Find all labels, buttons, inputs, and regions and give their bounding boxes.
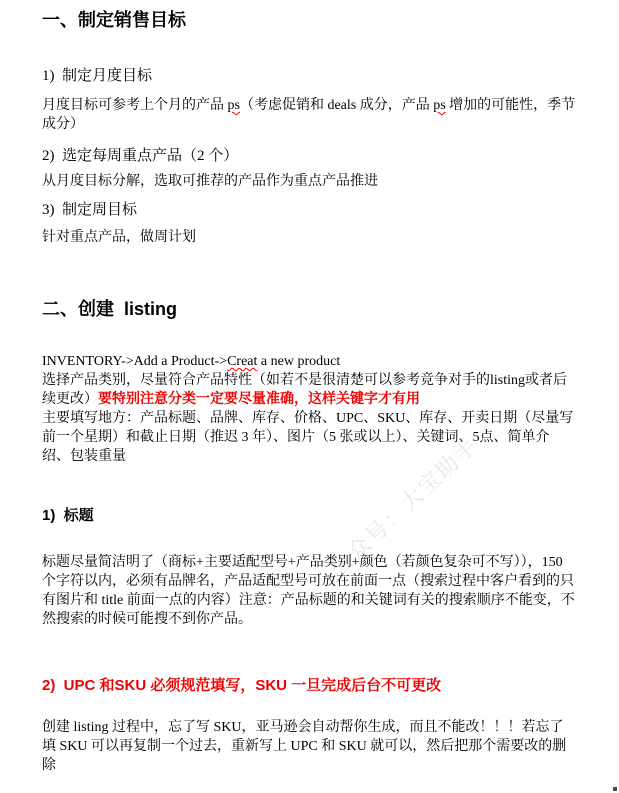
subheading-weekly-target: 3) 制定周目标	[42, 200, 137, 220]
subheading-monthly-target: 1) 制定月度目标	[42, 66, 152, 86]
heading-create-listing: 二、创建 listing	[42, 298, 177, 320]
paragraph-listing-steps: INVENTORY->Add a Product->Creat a new pr…	[42, 352, 577, 466]
paragraph-product-title: 标题尽量简洁明了（商标+主要适配型号+产品类别+颜色（若颜色复杂可不写）），15…	[42, 553, 577, 629]
category-line: 选择产品类别，尽量符合产品特性（如若不是很清楚可以参考竞争对手的listing或…	[42, 371, 577, 409]
subheading-product-title: 1) 标题	[42, 506, 94, 526]
document-page: 一、制定销售目标 1) 制定月度目标 月度目标可参考上个月的产品 ps（考虑促销…	[0, 0, 619, 793]
heading-set-sales-targets: 一、制定销售目标	[42, 9, 186, 31]
nav-text-1: INVENTORY->Add a Product->	[42, 354, 227, 369]
page-corner-artifact	[613, 787, 617, 791]
inventory-nav-line: INVENTORY->Add a Product->Creat a new pr…	[42, 352, 577, 371]
monthly-text-2: （考虑促销和 deals 成分，产品	[240, 98, 433, 113]
category-red-note: 要特别注意分类一定要尽量准确，这样关键字才有用	[98, 392, 420, 407]
paragraph-sku-note: 创建 listing 过程中，忘了写 SKU，亚马逊会自动帮你生成，而且不能改！…	[42, 718, 577, 775]
subheading-upc-sku-warning: 2) UPC 和SKU 必须规范填写，SKU 一旦完成后台不可更改	[42, 676, 441, 696]
spellcheck-ps-1: ps	[228, 98, 240, 113]
paragraph-weekly-target: 针对重点产品，做周计划	[42, 228, 577, 247]
spellcheck-ps-2: ps	[433, 98, 445, 113]
spellcheck-creat: Creat	[227, 354, 257, 369]
subheading-weekly-products: 2) 选定每周重点产品（2 个）	[42, 146, 238, 166]
fields-line: 主要填写地方：产品标题、品牌、库存、价格、UPC、SKU、库存、开卖日期（尽量写…	[42, 409, 577, 466]
monthly-text-1: 月度目标可参考上个月的产品	[42, 98, 228, 113]
nav-text-2: a new product	[257, 354, 340, 369]
paragraph-monthly-target: 月度目标可参考上个月的产品 ps（考虑促销和 deals 成分，产品 ps 增加…	[42, 96, 577, 134]
paragraph-weekly-products: 从月度目标分解，选取可推荐的产品作为重点产品推进	[42, 172, 577, 191]
